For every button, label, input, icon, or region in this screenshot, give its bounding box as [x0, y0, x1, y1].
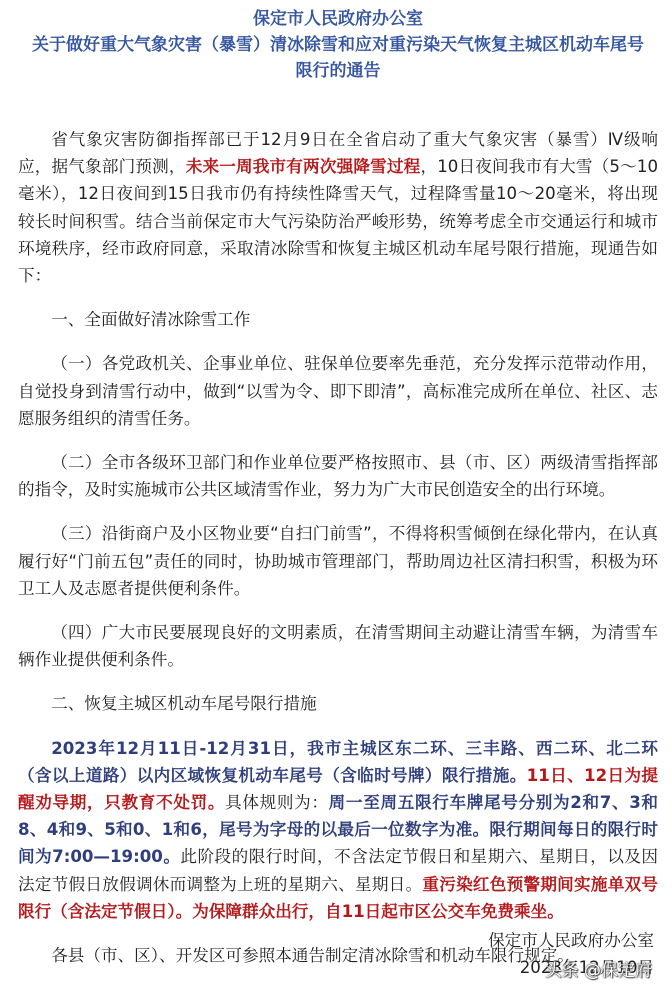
title-line-1: 关于做好重大气象灾害（暴雪）清冰除雪和应对重污染天气恢复主城区机动车尾号	[18, 32, 658, 58]
section-1-item-2: （二）全市各级环卫部门和作业单位要严格按照市、县（市、区）两级清雪指挥部的指令，…	[18, 449, 658, 503]
section-2-heading: 二、恢复主城区机动车尾号限行措施	[18, 690, 658, 717]
section-1-item-3: （三）沿街商户及小区物业要“自扫门前雪”，不得将积雪倾倒在绿化带内，在认真履行好…	[18, 520, 658, 602]
title-issuer: 保定市人民政府办公室	[18, 6, 658, 32]
section-1-item-1: （一）各党政机关、企事业单位、驻保单位要率先垂范，充分发挥示范带动作用，自觉投身…	[18, 350, 658, 432]
notice-body: 省气象灾害防御指挥部已于12月9日在全省启动了重大气象灾害（暴雪）Ⅳ级响应，据气…	[18, 126, 658, 969]
section-1-heading: 一、全面做好清冰除雪工作	[18, 306, 658, 333]
section-1-item-4: （四）广大市民要展现良好的文明素质，在清雪期间主动避让清雪车辆，为清雪车辆作业提…	[18, 619, 658, 673]
intro-highlight: 未来一周我市有两次强降雪过程	[186, 157, 421, 176]
intro-text-2: ，10日夜间我市有大雪（5～10毫米），12日夜间到15日我市仍有持续性降雪天气…	[18, 157, 658, 285]
intro-paragraph: 省气象灾害防御指挥部已于12月9日在全省启动了重大气象灾害（暴雪）Ⅳ级响应，据气…	[18, 126, 658, 289]
notice-document: 保定市人民政府办公室 关于做好重大气象灾害（暴雪）清冰除雪和应对重污染天气恢复主…	[18, 6, 658, 986]
watermark: 头条 @保定府	[545, 956, 652, 981]
title-block: 保定市人民政府办公室 关于做好重大气象灾害（暴雪）清冰除雪和应对重污染天气恢复主…	[18, 6, 658, 84]
section-2-paragraph: 2023年12月11日-12月31日，我市主城区东二环、三丰路、西二环、北二环（…	[18, 735, 658, 925]
signature-issuer: 保定市人民政府办公室	[488, 927, 654, 954]
rules-label: 具体规则为：	[225, 793, 329, 812]
title-line-2: 限行的通告	[18, 58, 658, 84]
